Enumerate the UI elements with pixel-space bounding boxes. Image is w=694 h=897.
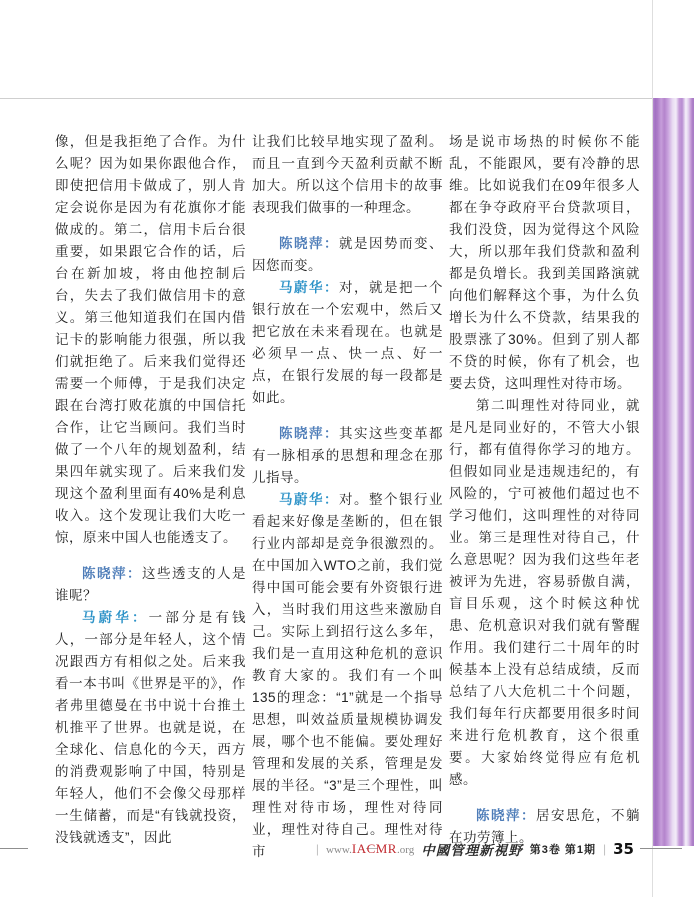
speaker-label-chen: 陈晓萍： xyxy=(476,808,536,823)
speaker-label-chen: 陈晓萍： xyxy=(279,426,339,441)
footer-rule-left xyxy=(0,848,28,849)
article-columns: 像，但是我拒绝了合作。为什么呢？因为如果你跟他合作，即使把信用卡做成了，别人肯定… xyxy=(55,131,641,863)
qa-answer: 马蔚华：一部分是有钱人，一部分是年轻人，这个情况跟西方有相似之处。后来我看一本书… xyxy=(55,607,246,849)
speaker-label-ma: 马蔚华： xyxy=(82,610,149,625)
paragraph-continuation: 让我们比较早地实现了盈利。而且一直到今天盈利贡献不断加大。所以这个信用卡的故事表… xyxy=(252,131,443,219)
speaker-label-chen: 陈晓萍： xyxy=(82,566,142,581)
column-2: 让我们比较早地实现了盈利。而且一直到今天盈利贡献不断加大。所以这个信用卡的故事表… xyxy=(252,131,443,863)
iacmr-brand: IACMR xyxy=(352,841,397,856)
column-1: 像，但是我拒绝了合作。为什么呢？因为如果你跟他合作，即使把信用卡做成了，别人肯定… xyxy=(55,131,246,863)
dialogue-text: 一部分是有钱人，一部分是年轻人，这个情况跟西方有相似之处。后来我看一本书叫《世界… xyxy=(55,610,246,845)
qa-answer: 马蔚华：对，就是把一个银行放在一个宏观中，然后又把它放在未来看现在。也就是必须早… xyxy=(252,277,443,409)
dialogue-text: 对，就是把一个银行放在一个宏观中，然后又把它放在未来看现在。也就是必须早一点、快… xyxy=(252,280,443,405)
qa-question: 陈晓萍：其实这些变革都有一脉相承的思想和理念在那儿指导。 xyxy=(252,423,443,489)
paragraph-continuation: 像，但是我拒绝了合作。为什么呢？因为如果你跟他合作，即使把信用卡做成了，别人肯定… xyxy=(55,131,246,549)
footer-separator: | xyxy=(603,842,606,856)
column-3: 场是说市场热的时候你不能乱，不能跟风，要有冷静的思维。比如说我们在09年很多人都… xyxy=(449,131,640,863)
purple-gradient-stripe xyxy=(653,98,694,846)
issue-label: 第3卷 第1期 xyxy=(530,841,596,857)
speaker-label-ma: 马蔚华： xyxy=(279,492,339,507)
header-divider xyxy=(0,98,653,99)
speaker-label-ma: 马蔚华： xyxy=(279,280,339,295)
qa-question: 陈晓萍：就是因势而变、因您而变。 xyxy=(252,233,443,277)
qa-answer: 马蔚华：对。整个银行业看起来好像是垄断的，但在银行业内部却是竞争很激烈的。在中国… xyxy=(252,489,443,863)
journal-url: www.IACMR.org xyxy=(326,841,414,857)
qa-question: 陈晓萍：这些透支的人是谁呢？ xyxy=(55,563,246,607)
paragraph: 第二叫理性对待同业，就是凡是同业好的，不管大小银行，都有值得你学习的地方。但假如… xyxy=(449,395,640,791)
footer-text: | www.IACMR.org 中國管理新視野 第3卷 第1期 | 35 xyxy=(316,836,634,862)
paragraph-continuation: 场是说市场热的时候你不能乱，不能跟风，要有冷静的思维。比如说我们在09年很多人都… xyxy=(449,131,640,395)
dialogue-text: 对。整个银行业看起来好像是垄断的，但在银行业内部却是竞争很激烈的。在中国加入WT… xyxy=(252,492,443,859)
magazine-page: 像，但是我拒绝了合作。为什么呢？因为如果你跟他合作，即使把信用卡做成了，别人肯定… xyxy=(0,0,694,897)
journal-footer: | www.IACMR.org 中國管理新視野 第3卷 第1期 | 35 xyxy=(0,836,694,862)
footer-separator: | xyxy=(316,842,319,856)
journal-title: 中國管理新視野 xyxy=(421,839,523,859)
footer-rule-right xyxy=(640,848,682,849)
speaker-label-chen: 陈晓萍： xyxy=(279,236,339,251)
page-number: 35 xyxy=(613,840,634,858)
